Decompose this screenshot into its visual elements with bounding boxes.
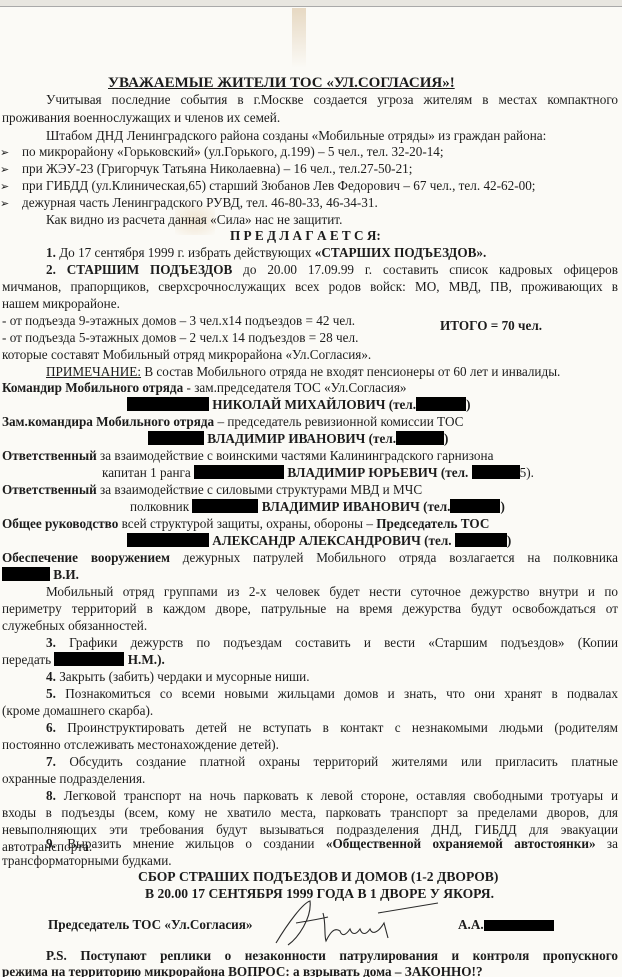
armament-initials: В.И.	[2, 567, 79, 583]
role-commander-name: НИКОЛАЙ МИХАЙЛОВИЧ (тел.)	[127, 397, 471, 413]
stain	[292, 8, 306, 68]
role-commander: Командир Мобильного отряда - зам.председ…	[2, 380, 407, 396]
redacted-phone	[396, 431, 444, 445]
note: ПРИМЕЧАНИЕ: В состав Мобильного отряда н…	[46, 364, 560, 380]
item-6-line: постоянно отслеживать местонахождение де…	[2, 737, 279, 753]
postscript: P.S. Поступают реплики о незаконности па…	[46, 948, 618, 964]
intro-line: Штабом ДНД Ленинградского района созданы…	[46, 128, 546, 144]
calc-line: - от подъезда 9-этажных домов – 3 чел.х1…	[2, 313, 355, 329]
redacted-phone	[472, 465, 520, 479]
item-7-line: охранные подразделения.	[2, 771, 145, 787]
redacted-surname	[148, 431, 204, 445]
item-3: 3. Графики дежурств по подъездам состави…	[46, 635, 618, 651]
patrol-line: периметру территорий в каждом дворе, пат…	[2, 601, 618, 617]
redacted-surname	[2, 567, 50, 581]
arrow-bullet-icon: ➢	[0, 196, 22, 212]
redacted-surname	[192, 499, 258, 513]
item-5: 5. Познакомиться со всеми новыми жильцам…	[46, 686, 618, 702]
redacted-phone	[450, 499, 500, 513]
armament: Обеспечение вооружением дежурных патруле…	[2, 550, 618, 566]
bullet-item: ➢по микрорайону «Горьковский» (ул.Горько…	[0, 144, 444, 161]
intro-line: Учитывая последние события в г.Москве со…	[46, 92, 618, 108]
item-8-line: входы в подъезды (всем, кому не хватило …	[2, 805, 618, 821]
patrol-line: служебных обязанностей.	[2, 618, 147, 634]
intro-line: проживания военнослужащих и членов их се…	[2, 110, 280, 126]
signature-initials: А.А.	[458, 917, 554, 933]
total: ИТОГО = 70 чел.	[440, 318, 542, 334]
role-general-leadership: Общее руководство всей структурой защиты…	[2, 516, 489, 532]
calc-line: - от подъезда 5-этажных домов – 2 чел.х …	[2, 330, 358, 346]
role-military-liaison: Ответственный за взаимодействие с воинск…	[2, 448, 493, 464]
role-general-leadership-name: АЛЕКСАНДР АЛЕКСАНДРОВИЧ (тел. )	[127, 533, 511, 549]
redacted-phone	[416, 397, 466, 411]
role-security-liaison-name: полковник ВЛАДИМИР ИВАНОВИЧ (тел.)	[130, 499, 505, 515]
item-5-line: (кроме домашнего скарба).	[2, 703, 153, 719]
item-3-line: передать Н.М.).	[2, 652, 165, 668]
item-2: 2. СТАРШИМ ПОДЪЕЗДОВ до 20.00 17.09.99 г…	[46, 262, 618, 278]
bullet-item: ➢при ГИБДД (ул.Клиническая,65) старший З…	[0, 178, 535, 195]
item-4: 4. Закрыть (забить) чердаки и мусорные н…	[46, 669, 310, 685]
item-7: 7. Обсудить создание платной охраны терр…	[46, 754, 618, 770]
item-8: 8. Легковой транспорт на ночь парковать …	[46, 788, 618, 804]
role-military-liaison-name: капитан 1 ранга ВЛАДИМИР ЮРЬЕВИЧ (тел. 5…	[102, 465, 534, 481]
redacted-surname	[127, 397, 209, 411]
item-2-line: мичманов, прапорщиков, сверхсрочнослужащ…	[2, 279, 618, 295]
item-2-after: которые составят Мобильный отряд микрора…	[2, 347, 371, 363]
arrow-bullet-icon: ➢	[0, 179, 22, 195]
redacted-surname	[194, 465, 284, 479]
document-title: УВАЖАЕМЫЕ ЖИТЕЛИ ТОС «УЛ.СОГЛАСИЯ»!	[108, 75, 455, 91]
conclusion: Как видно из расчета данная «Сила» нас н…	[46, 212, 342, 228]
arrow-bullet-icon: ➢	[0, 162, 22, 178]
patrol-line: Мобильный отряд группами из 2-х человек …	[46, 584, 618, 600]
handwritten-signature	[268, 893, 448, 953]
signature-label: Председатель ТОС «Ул.Согласия»	[48, 917, 253, 933]
redacted-surname	[484, 920, 554, 931]
bullet-item: ➢дежурная часть Ленинградского РУВД, тел…	[0, 195, 378, 212]
proposal-heading: П Р Е Д Л А Г А Е Т С Я:	[230, 228, 381, 244]
redacted-phone	[455, 533, 507, 547]
item-9: 9. Выразить мнение жильцов о создании «О…	[46, 836, 618, 852]
postscript-line: режима на территорию микрорайона ВОПРОС:…	[2, 964, 483, 977]
assembly-line: СБОР СТРАШИХ ПОДЪЕЗДОВ И ДОМОВ (1-2 ДВОР…	[138, 869, 498, 885]
item-9-line: трансформаторными будками.	[2, 853, 172, 869]
redacted-surname	[54, 652, 124, 666]
item-1: 1. До 17 сентября 1999 г. избрать действ…	[46, 245, 486, 261]
role-security-liaison: Ответственный за взаимодействие с силовы…	[2, 482, 422, 498]
item-2-line: нашем микрорайоне.	[2, 296, 120, 312]
paper-torn-edge	[0, 0, 622, 7]
item-6: 6. Проинструктировать детей не вступать …	[46, 720, 618, 736]
bullet-item: ➢при ЖЭУ-23 (Григорчук Татьяна Николаевн…	[0, 161, 412, 178]
redacted-surname	[127, 533, 209, 547]
arrow-bullet-icon: ➢	[0, 145, 22, 161]
role-deputy-name: ВЛАДИМИР ИВАНОВИЧ (тел.)	[148, 431, 448, 447]
role-deputy: Зам.командира Мобильного отряда – предсе…	[2, 414, 463, 430]
